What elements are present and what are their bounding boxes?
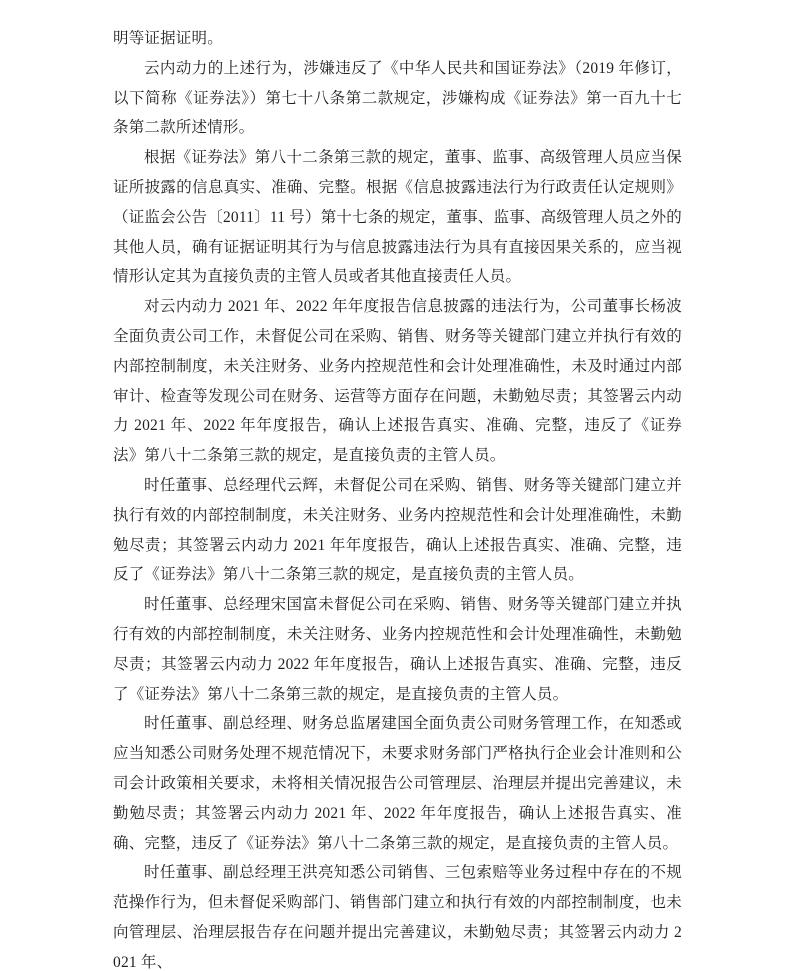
paragraph-chairman-yangbo: 对云内动力 2021 年、2022 年年度报告信息披露的违法行为，公司董事长杨波… — [113, 292, 682, 471]
paragraph-continuation: 明等证据证明。 — [113, 24, 682, 54]
paragraph-vp-wanghongliang: 时任董事、副总经理王洪亮知悉公司销售、三包索赔等业务过程中存在的不规范操作行为，… — [113, 858, 682, 971]
paragraph-gm-songguofu: 时任董事、总经理宋国富未督促公司在采购、销售、财务等关键部门建立并执行有效的内部… — [113, 590, 682, 709]
paragraph-gm-daiyunhui: 时任董事、总经理代云辉，未督促公司在采购、销售、财务等关键部门建立并执行有效的内… — [113, 471, 682, 590]
paragraph-violation-summary: 云内动力的上述行为，涉嫌违反了《中华人民共和国证券法》（2019 年修订，以下简… — [113, 54, 682, 143]
document-page: 明等证据证明。 云内动力的上述行为，涉嫌违反了《中华人民共和国证券法》（2019… — [0, 0, 786, 971]
paragraph-cfo-tujianguo: 时任董事、副总经理、财务总监屠建国全面负责公司财务管理工作，在知悉或应当知悉公司… — [113, 709, 682, 858]
paragraph-legal-basis: 根据《证券法》第八十二条第三款的规定，董事、监事、高级管理人员应当保证所披露的信… — [113, 143, 682, 292]
